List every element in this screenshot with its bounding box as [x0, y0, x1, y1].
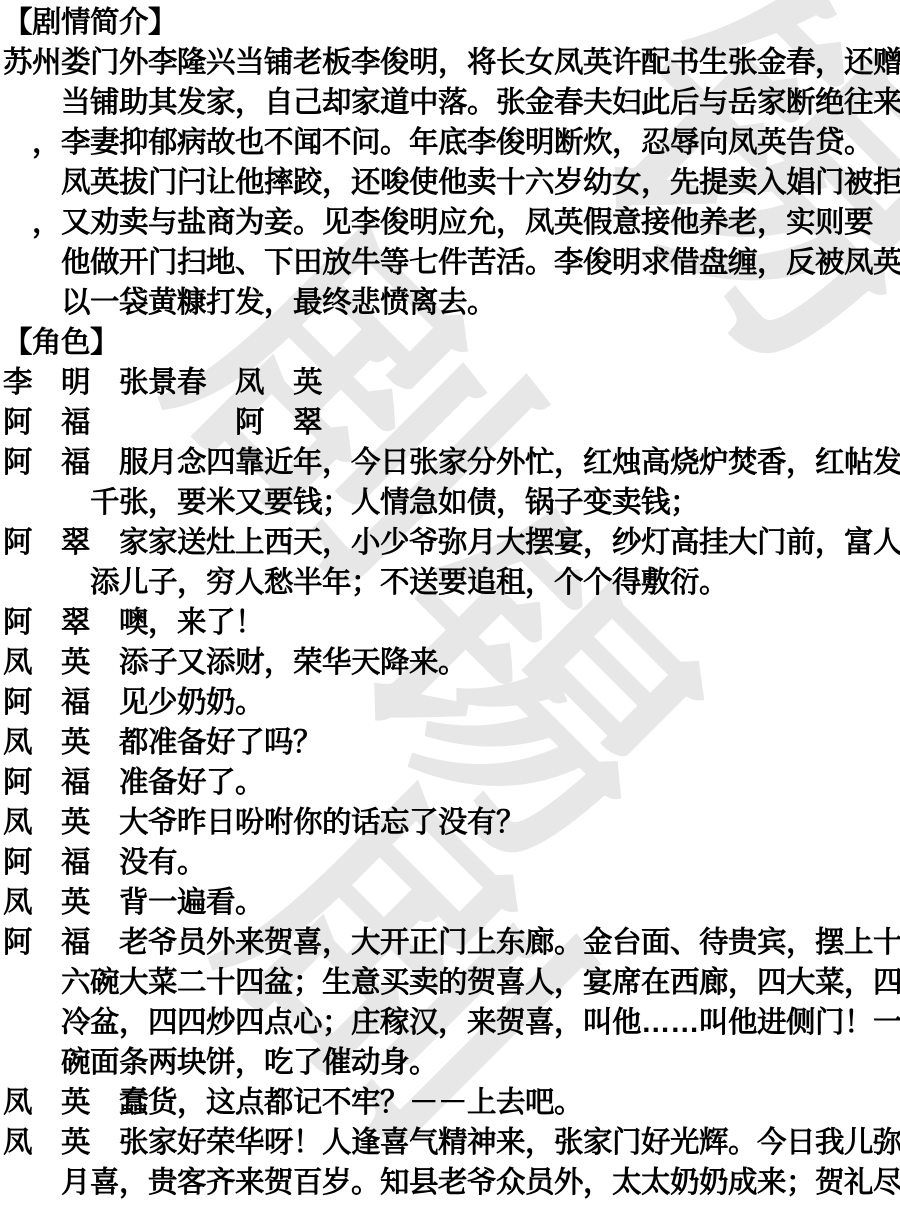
synopsis-header: 【剧情简介】 — [3, 3, 900, 43]
script-page: 【剧情简介】苏州娄门外李隆兴当铺老板李俊明，将长女凤英许配书生张金春，还赠当铺助… — [3, 3, 900, 1203]
synopsis-line: 他做开门扫地、下田放牛等七件苦活。李俊明求借盘缠，反被凤英 — [3, 243, 900, 283]
dialogue-line: 凤 英 张家好荣华呀！人逢喜气精神来，张家门好光辉。今日我儿弥 — [3, 1123, 900, 1163]
dialogue-line: 冷盆，四四炒四点心；庄稼汉，来贺喜，叫他……叫他进侧门！一 — [3, 1003, 900, 1043]
dialogue-line: 阿 福 服月念四靠近年，今日张家分外忙，红烛高烧炉焚香，红帖发 — [3, 443, 900, 483]
dialogue-line: 阿 福 见少奶奶。 — [3, 683, 900, 723]
dialogue-line: 凤 英 大爷昨日吩咐你的话忘了没有？ — [3, 803, 900, 843]
cast-line: 阿 福 阿 翠 — [3, 403, 900, 443]
dialogue-line: 凤 英 蠢货，这点都记不牢？－－上去吧。 — [3, 1083, 900, 1123]
dialogue-line: 六碗大菜二十四盆；生意买卖的贺喜人，宴席在西廊，四大菜，四 — [3, 963, 900, 1003]
synopsis-line: 苏州娄门外李隆兴当铺老板李俊明，将长女凤英许配书生张金春，还赠 — [3, 43, 900, 83]
synopsis-line: 以一袋黄糠打发，最终悲愤离去。 — [3, 283, 900, 323]
script-lines: 【剧情简介】苏州娄门外李隆兴当铺老板李俊明，将长女凤英许配书生张金春，还赠当铺助… — [3, 3, 900, 1203]
dialogue-line: 凤 英 都准备好了吗？ — [3, 723, 900, 763]
cast-line: 李 明 张景春 凤 英 — [3, 363, 900, 403]
dialogue-line: 凤 英 添子又添财，荣华天降来。 — [3, 643, 900, 683]
dialogue-line: 阿 翠 家家送灶上西天，小少爷弥月大摆宴，纱灯高挂大门前，富人 — [3, 523, 900, 563]
cast-header: 【角色】 — [3, 323, 900, 363]
dialogue-line: 阿 翠 噢，来了！ — [3, 603, 900, 643]
synopsis-line: ，又劝卖与盐商为妾。见李俊明应允，凤英假意接他养老，实则要 — [3, 203, 900, 243]
dialogue-line: 碗面条两块饼，吃了催动身。 — [3, 1043, 900, 1083]
dialogue-line: 阿 福 准备好了。 — [3, 763, 900, 803]
dialogue-line: 千张，要米又要钱；人情急如债，锅子变卖钱； — [3, 483, 900, 523]
synopsis-line: ，李妻抑郁病故也不闻不问。年底李俊明断炊，忍辱向凤英告贷。 — [3, 123, 900, 163]
synopsis-line: 凤英拔门闩让他摔跤，还唆使他卖十六岁幼女，先提卖入娼门被拒 — [3, 163, 900, 203]
dialogue-line: 阿 福 没有。 — [3, 843, 900, 883]
synopsis-line: 当铺助其发家，自己却家道中落。张金春夫妇此后与岳家断绝往来 — [3, 83, 900, 123]
dialogue-line: 添儿子，穷人愁半年；不送要追租，个个得敷衍。 — [3, 563, 900, 603]
dialogue-line: 月喜，贵客齐来贺百岁。知县老爷众员外，太太奶奶成来；贺礼尽 — [3, 1163, 900, 1203]
dialogue-line: 凤 英 背一遍看。 — [3, 883, 900, 923]
dialogue-line: 阿 福 老爷员外来贺喜，大开正门上东廊。金台面、待贵宾，摆上十 — [3, 923, 900, 963]
